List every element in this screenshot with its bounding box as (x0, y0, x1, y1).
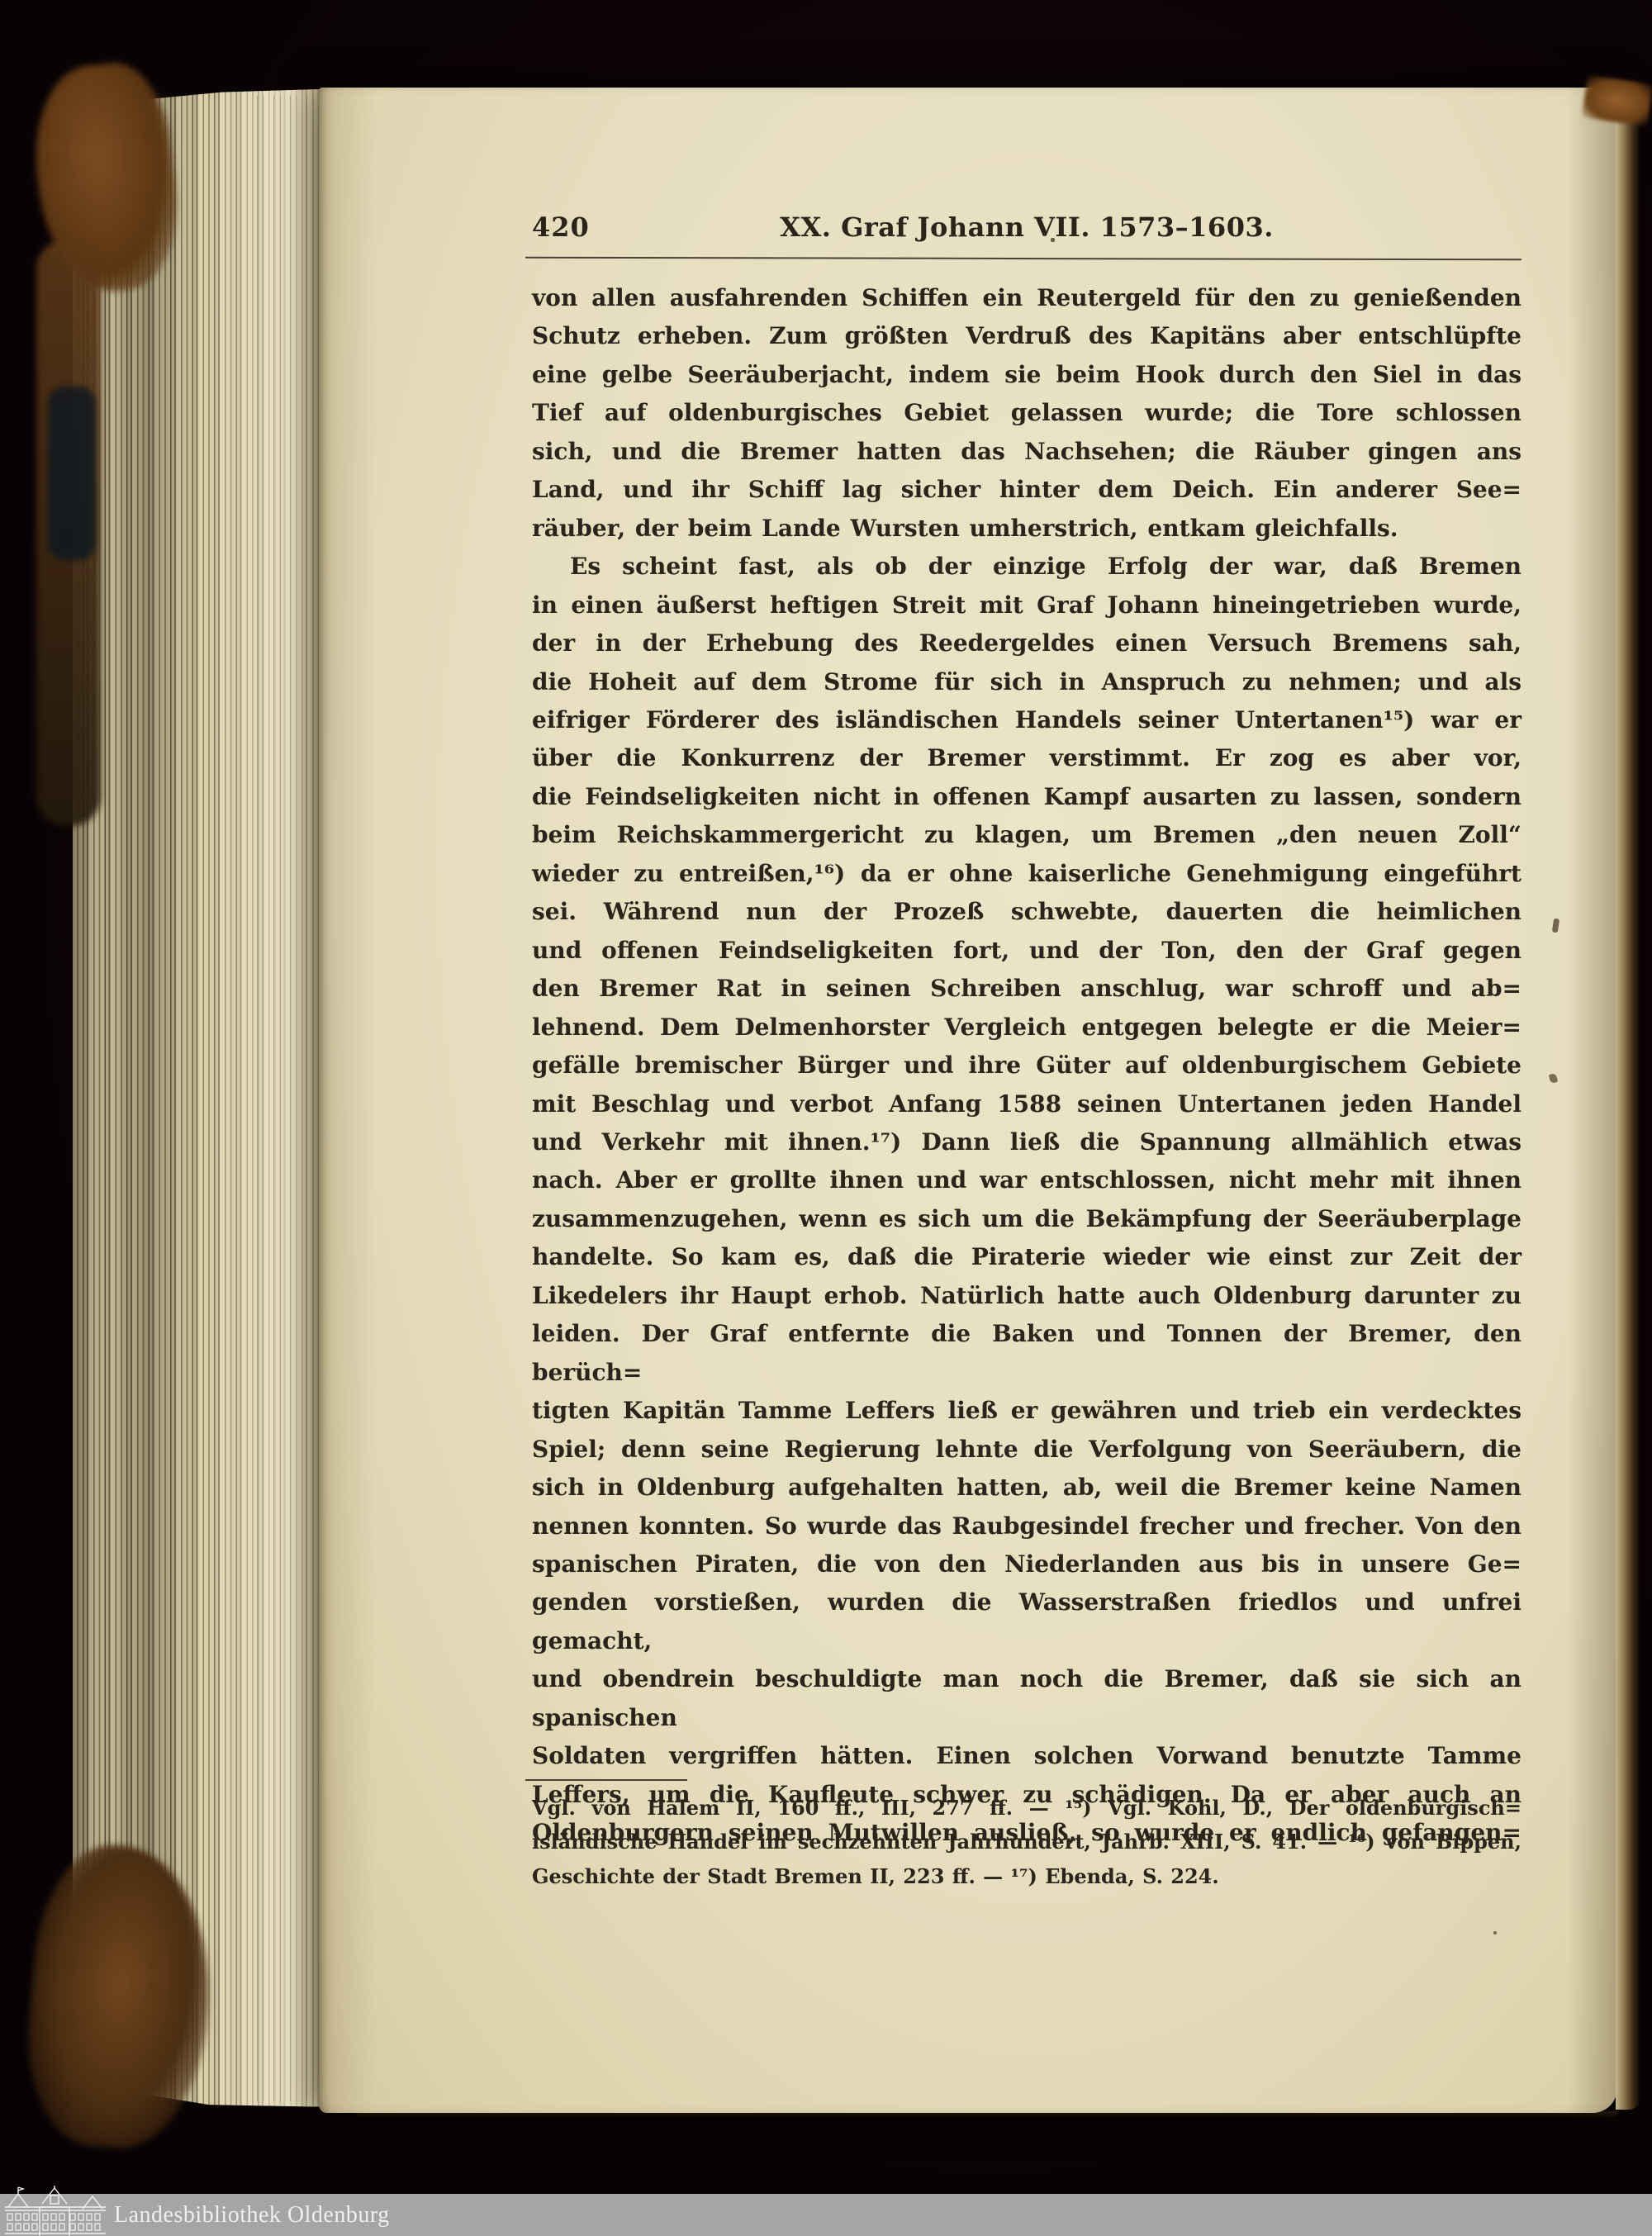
book-scan-photo: 420 XX. Graf Johann VII. 1573–1603. von … (0, 0, 1652, 2236)
body-text-line: über die Konkurrenz der Bremer verstimmt… (532, 739, 1521, 777)
body-text-line: den Bremer Rat in seinen Schreiben ansch… (532, 970, 1521, 1008)
body-text-line: lehnend. Dem Delmenhorster Vergleich ent… (532, 1009, 1521, 1047)
body-text-line: sich in Oldenburg aufgehalten hatten, ab… (532, 1469, 1521, 1507)
library-building-icon (5, 2186, 106, 2236)
body-text-line: wieder zu entreißen,¹⁶) da er ohne kaise… (532, 855, 1521, 893)
body-text-line: tigten Kapitän Tamme Leffers ließ er gew… (532, 1392, 1521, 1430)
dust-speck (1051, 238, 1055, 242)
body-text-line: die Feindseligkeiten nicht in offenen Ka… (532, 778, 1521, 816)
cover-cloth-fragment (48, 387, 96, 560)
body-text-line: in einen äußerst heftigen Streit mit Gra… (532, 586, 1521, 624)
body-text-line: und Verkehr mit ihnen.¹⁷) Dann ließ die … (532, 1123, 1521, 1161)
body-text-line: genden vorstießen, wurden die Wasserstra… (532, 1583, 1521, 1660)
body-text-line: und obendrein beschuldigte man noch die … (532, 1660, 1521, 1737)
body-text-line: und offenen Feindseligkeiten fort, und d… (532, 932, 1521, 970)
body-text-line: räuber, der beim Lande Wursten umherstri… (532, 510, 1521, 548)
body-text-line: mit Beschlag und verbot Anfang 1588 sein… (532, 1085, 1521, 1123)
footnote-line: Geschichte der Stadt Bremen II, 223 ff. … (532, 1859, 1521, 1893)
body-text-line: handelte. So kam es, daß die Piraterie w… (532, 1238, 1521, 1276)
footnote-separator (525, 1779, 687, 1781)
page-right-edge-shadow (1616, 97, 1640, 2110)
footnote-line: isländische Handel im sechzehnten Jahrhu… (532, 1825, 1521, 1859)
body-text-line: Es scheint fast, als ob der einzige Erfo… (532, 548, 1521, 586)
footnote-line: Vgl. von Halem II, 160 ff., III, 277 ff.… (532, 1791, 1521, 1825)
body-text-line: eifriger Förderer des isländischen Hande… (532, 701, 1521, 739)
body-text-line: leiden. Der Graf entfernte die Baken und… (532, 1315, 1521, 1392)
running-header: XX. Graf Johann VII. 1573–1603. (532, 211, 1521, 243)
body-text-line: sich, und die Bremer hatten das Nachsehe… (532, 433, 1521, 471)
footnotes: Vgl. von Halem II, 160 ff., III, 277 ff.… (532, 1791, 1521, 1893)
body-text-line: nach. Aber er grollte ihnen und war ents… (532, 1161, 1521, 1199)
library-watermark-label: Landesbibliothek Oldenburg (114, 2202, 390, 2229)
page-stack-fine-edges (248, 96, 324, 2101)
dust-speck (1493, 1931, 1497, 1935)
body-text: von allen ausfahrenden Schiffen ein Reut… (532, 279, 1521, 1853)
body-text-line: beim Reichskammergericht zu klagen, um B… (532, 816, 1521, 854)
binding-fragment-top-right (1582, 75, 1652, 127)
body-text-line: Land, und ihr Schiff lag sicher hinter d… (532, 471, 1521, 509)
body-text-line: eine gelbe Seeräuberjacht, indem sie bei… (532, 356, 1521, 394)
body-text-line: Soldaten vergriffen hätten. Einen solche… (532, 1737, 1521, 1775)
body-text-line: Likedelers ihr Haupt erhob. Natürlich ha… (532, 1277, 1521, 1315)
body-text-line: nennen konnten. So wurde das Raubgesinde… (532, 1507, 1521, 1545)
body-text-line: spanischen Piraten, die von den Niederla… (532, 1545, 1521, 1583)
body-text-line: die Hoheit auf dem Strome für sich in An… (532, 663, 1521, 701)
body-text-line: der in der Erhebung des Reedergeldes ein… (532, 624, 1521, 662)
body-text-line: zusammenzugehen, wenn es sich um die Bek… (532, 1200, 1521, 1238)
body-text-line: gefälle bremischer Bürger und ihre Güter… (532, 1047, 1521, 1085)
body-text-line: Tief auf oldenburgisches Gebiet gelassen… (532, 394, 1521, 432)
body-text-line: Schutz erheben. Zum größten Verdruß des … (532, 317, 1521, 355)
body-text-line: sei. Während nun der Prozeß schwebte, da… (532, 893, 1521, 931)
book-page: 420 XX. Graf Johann VII. 1573–1603. von … (319, 88, 1617, 2113)
body-text-line: Spiel; denn seine Regierung lehnte die V… (532, 1431, 1521, 1469)
header-rule (525, 257, 1521, 261)
window-row (7, 2214, 100, 2230)
body-text-line: von allen ausfahrenden Schiffen ein Reut… (532, 279, 1521, 317)
